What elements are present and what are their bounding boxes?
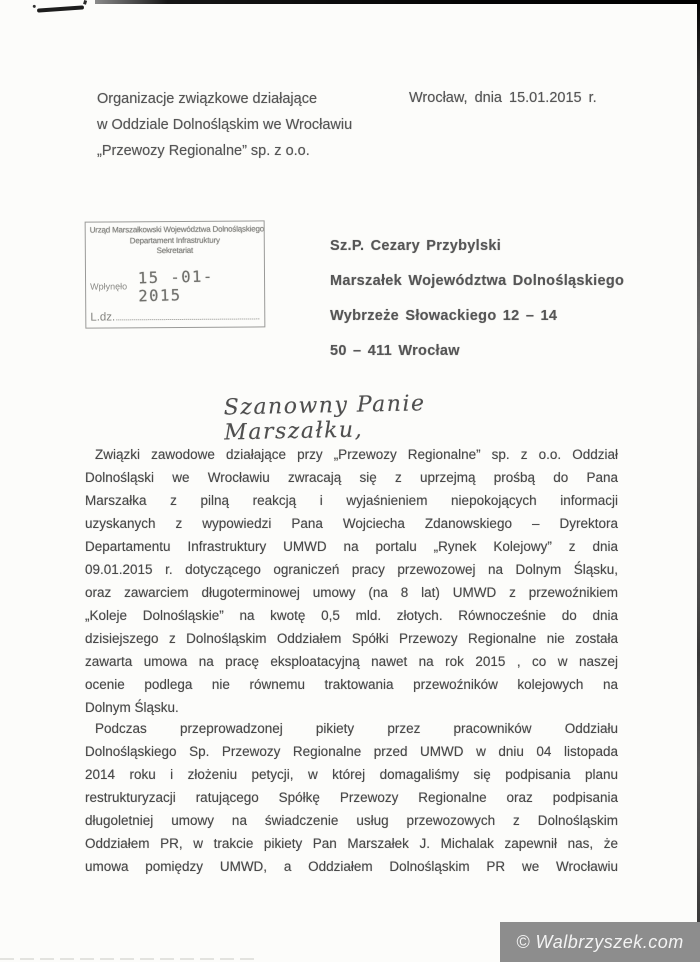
body-text-line: Dolnym Śląsku. [85,696,618,719]
recipient-line: 50 – 411 Wrocław [330,334,660,369]
recipient-line: Wybrzeże Słowackiego 12 – 14 [330,299,660,334]
body-text-line: zawarta umowa na pracę eksploatacyjną na… [85,650,618,673]
sender-line: w Oddziale Dolnośląskim we Wrocławiu [97,112,387,138]
recipient-line: Marszałek Województwa Dolnośląskiego [330,264,660,299]
sender-line: Organizacje związkowe działające [97,86,387,112]
watermark-badge: © Walbrzyszek.com [500,922,700,962]
body-text-line: Departamentu Infrastruktury UMWD na port… [85,535,618,558]
body-text-line: długoletniej umowy na świadczenie usług … [85,809,618,832]
body-text-line: restrukturyzacji ratującego Spółkę Przew… [85,786,618,809]
stamp-ldz-label: L.dz. [90,311,115,323]
recipient-line: Sz.P. Cezary Przybylski [330,229,660,264]
body-paragraph-2: Podczas przeprowadzonej pikiety przez pr… [85,717,618,878]
body-text-line: 2014 roku i złożeniu petycji, w której d… [85,763,618,786]
body-text-line: uzyskanych z wypowiedzi Pana Wojciecha Z… [85,512,618,535]
body-text-line: dzisiejszego z Dolnośląskim Oddziałem Sp… [85,627,618,650]
pen-mark [37,5,84,12]
sender-block: Organizacje związkowe działającew Oddzia… [97,86,387,164]
body-text-line: Oddziałem PR, w trakcie pikiety Pan Mars… [85,832,618,855]
registry-stamp: Urząd Marszałkowski Województwa Dolnoślą… [85,220,266,328]
body-text-line: umowa pomiędzy UMWD, a Oddziałem Dolnośl… [85,855,618,878]
body-text-line: ocenie podlega nie równemu traktowania p… [85,673,618,696]
scan-artifact-bottom-edge [0,958,255,960]
date-line: Wrocław, dnia 15.01.2015 r. [409,90,597,106]
scanned-letter-page: Organizacje związkowe działającew Oddzia… [0,0,700,962]
body-text-line: oraz zawarciem długoterminowej umowy (na… [85,581,618,604]
stamp-ldz-row: L.dz. [90,310,260,323]
sender-line: „Przewozy Regionalne” sp. z o.o. [97,138,387,164]
stamp-received-label: Wpłynęło [90,281,127,291]
body-text-line: 09.01.2015 r. dotyczącego ograniczeń pra… [85,558,618,581]
body-text-line: „Koleje Dolnośląskie” na kwotę 0,5 mld. … [85,604,618,627]
body-text-line: Związki zawodowe działające przy „Przewo… [85,443,618,466]
body-text-line: Podczas przeprowadzonej pikiety przez pr… [85,717,618,740]
stamp-received-row: Wpłynęło 15 -01- 2015 [90,267,260,304]
handwritten-salutation: Szanowny Panie Marszałku, [224,389,555,446]
scan-artifact-top-edge [95,0,700,4]
stamp-ldz-dotted-line [116,317,259,320]
stamp-received-date: 15 -01- 2015 [138,266,261,305]
body-text-line: Marszałka z pilną reakcją i wyjaśnieniem… [85,489,618,512]
body-paragraph-1: Związki zawodowe działające przy „Przewo… [85,443,618,719]
stamp-org-line-3: Sekretariat [90,245,260,257]
body-text-line: Dolnośląski we Wrocławiu zwracają się z … [85,466,618,489]
body-text-line: Dolnośląskiego Sp. Przewozy Regionalne p… [85,740,618,763]
recipient-block: Sz.P. Cezary PrzybylskiMarszałek Wojewód… [330,229,660,369]
